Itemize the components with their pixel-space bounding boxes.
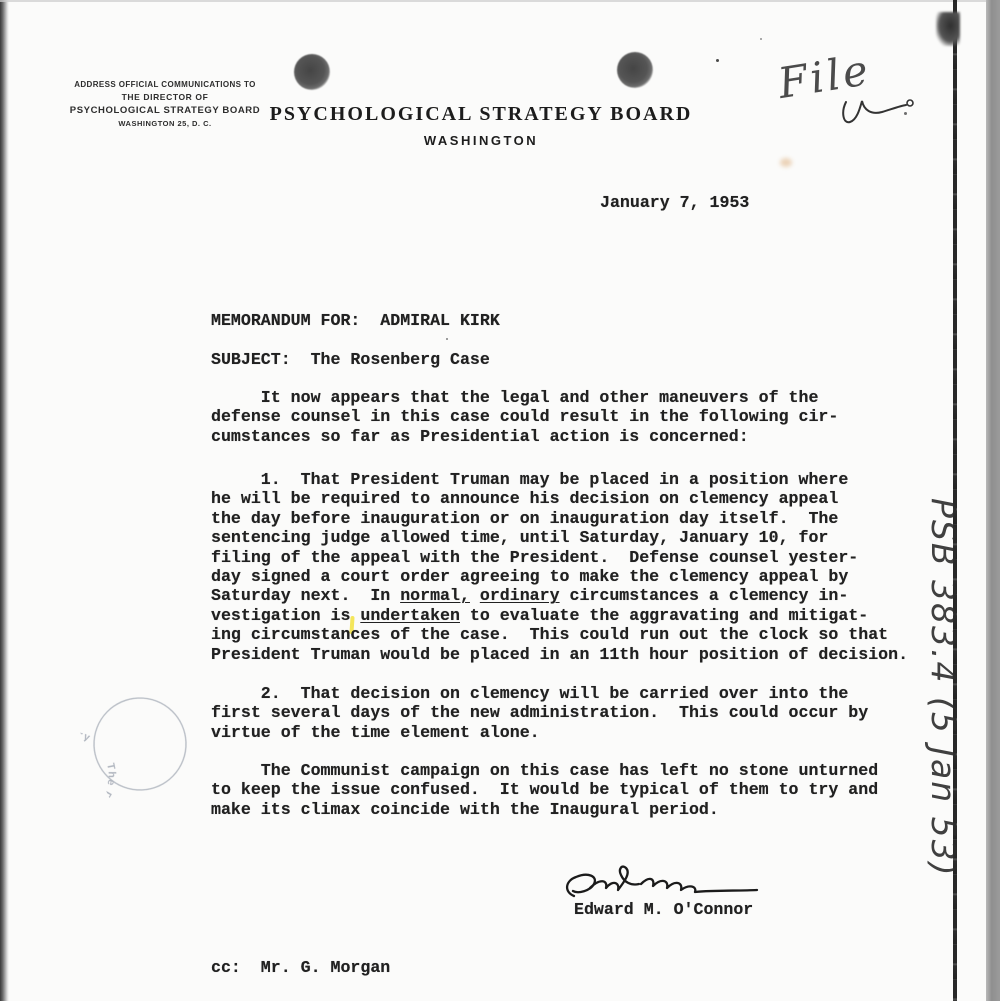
hole-punch-left: [294, 54, 330, 90]
signature-typed-name: Edward M. O'Connor: [574, 900, 753, 919]
date-line: January 7, 1953: [600, 193, 749, 212]
stamp-text: The Dwight D. Eisenhower Library: [74, 713, 132, 810]
scan-stain: [780, 158, 792, 167]
memorandum-for-line: MEMORANDUM FOR: ADMIRAL KIRK: [211, 311, 500, 330]
scan-edge-left: [0, 0, 9, 1001]
scan-edge-right: [986, 0, 1000, 1001]
paragraph-2: 2. That decision on clemency will be car…: [211, 684, 868, 742]
paragraph-3: The Communist campaign on this case has …: [211, 761, 878, 819]
svg-text:The Dwight D. Eisenhower Libra: The Dwight D. Eisenhower Library: [74, 713, 132, 810]
pen-flourish: [838, 96, 934, 134]
scan-edge-top: [0, 0, 1000, 2]
cc-line: cc: Mr. G. Morgan: [211, 958, 390, 977]
scan-speck: [446, 338, 448, 340]
eisenhower-library-stamp: The Dwight D. Eisenhower Library: [74, 678, 206, 810]
scan-speck: [716, 59, 719, 62]
letterhead-line: ADDRESS OFFICIAL COMMUNICATIONS TO: [62, 79, 268, 91]
psb-file-number-handwriting: PSB 383.4 (5 Jan 53): [924, 498, 963, 908]
subject-line: SUBJECT: The Rosenberg Case: [211, 350, 490, 369]
letterhead-line: THE DIRECTOR OF: [62, 91, 268, 104]
scan-smudge: [936, 12, 960, 46]
letterhead: ADDRESS OFFICIAL COMMUNICATIONS TO THE D…: [62, 79, 268, 130]
document-subtitle: WASHINGTON: [424, 133, 538, 148]
intro-paragraph: It now appears that the legal and other …: [211, 388, 838, 446]
hole-punch-right: [617, 52, 653, 88]
letterhead-line: PSYCHOLOGICAL STRATEGY BOARD: [62, 104, 268, 117]
document-title: PSYCHOLOGICAL STRATEGY BOARD: [270, 103, 693, 126]
paragraph-1: 1. That President Truman may be placed i…: [211, 470, 908, 664]
letterhead-line: WASHINGTON 25, D. C.: [62, 117, 268, 130]
scan-speck: [760, 38, 762, 40]
